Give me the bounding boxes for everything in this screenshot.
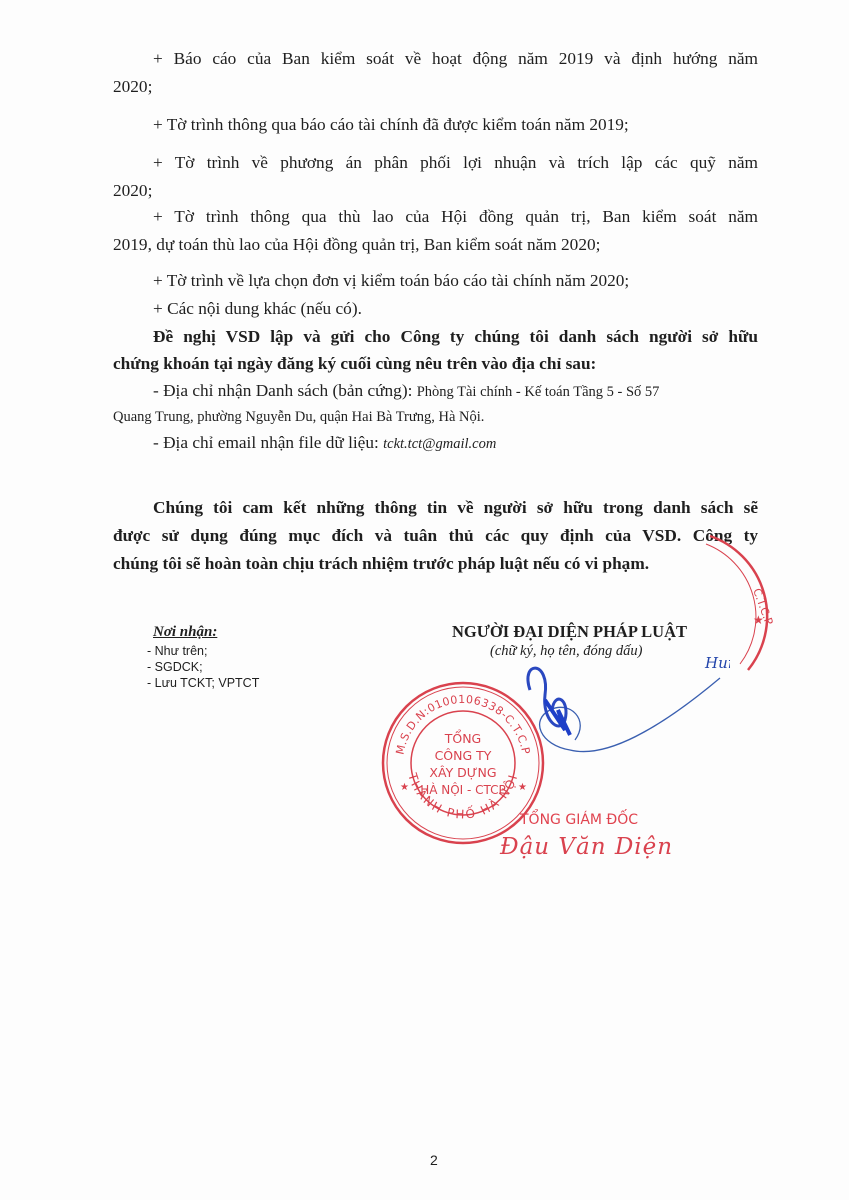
agenda-item-2: + Tờ trình thông qua báo cáo tài chính đ… bbox=[153, 114, 629, 136]
address-value-cont: Quang Trung, phường Nguyễn Du, quận Hai … bbox=[113, 406, 484, 428]
address-value: Phòng Tài chính - Kế toán Tầng 5 - Số 57 bbox=[417, 384, 660, 400]
signer-name: Đậu Văn Diện bbox=[500, 834, 673, 860]
email-label: - Địa chỉ email nhận file dữ liệu: bbox=[153, 433, 383, 452]
address-label: - Địa chỉ nhận Danh sách (bản cứng): bbox=[153, 381, 417, 400]
agenda-item-5: + Tờ trình về lựa chọn đơn vị kiểm toán … bbox=[153, 270, 629, 292]
svg-text:Hun: Hun bbox=[704, 654, 730, 672]
svg-text:HÀ NỘI - CTCP: HÀ NỘI - CTCP bbox=[420, 782, 506, 797]
agenda-item-4-cont: 2019, dự toán thù lao của Hội đồng quản … bbox=[113, 234, 600, 256]
request-paragraph-cont: chứng khoán tại ngày đăng ký cuối cùng n… bbox=[113, 353, 596, 375]
agenda-item-3: + Tờ trình về phương án phân phối lợi nh… bbox=[153, 152, 758, 174]
address-line: - Địa chỉ nhận Danh sách (bản cứng): Phò… bbox=[153, 380, 659, 403]
svg-text:★: ★ bbox=[753, 613, 764, 627]
svg-text:XÂY DỰNG: XÂY DỰNG bbox=[429, 765, 496, 780]
page-number: 2 bbox=[430, 1152, 438, 1168]
agenda-item-3-cont: 2020; bbox=[113, 180, 152, 202]
agenda-item-1-cont: 2020; bbox=[113, 76, 152, 98]
recipients-title: Nơi nhận: bbox=[153, 624, 217, 641]
svg-text:TỔNG: TỔNG bbox=[444, 730, 482, 746]
agenda-item-1: + Báo cáo của Ban kiểm soát về hoạt động… bbox=[153, 48, 758, 70]
recipient-item: - Như trên; bbox=[147, 644, 207, 658]
commitment-paragraph: Chúng tôi cam kết những thông tin về ngư… bbox=[153, 497, 758, 519]
agenda-item-6: + Các nội dung khác (nếu có). bbox=[153, 298, 362, 320]
svg-text:CÔNG TY: CÔNG TY bbox=[435, 748, 492, 763]
signer-position: TỔNG GIÁM ĐỐC bbox=[520, 812, 638, 828]
svg-text:★: ★ bbox=[400, 782, 409, 793]
request-paragraph: Đề nghị VSD lập và gửi cho Công ty chúng… bbox=[153, 326, 758, 348]
recipient-item: - SGDCK; bbox=[147, 660, 203, 674]
agenda-item-4: + Tờ trình thông qua thù lao của Hội đồn… bbox=[153, 206, 758, 228]
commitment-paragraph-cont-2: chúng tôi sẽ hoàn toàn chịu trách nhiệm … bbox=[113, 553, 649, 575]
email-line: - Địa chỉ email nhận file dữ liệu: tckt.… bbox=[153, 432, 496, 455]
email-value[interactable]: tckt.tct@gmail.com bbox=[383, 436, 496, 452]
svg-text:★: ★ bbox=[518, 782, 527, 793]
recipient-item: - Lưu TCKT; VPTCT bbox=[147, 676, 259, 690]
